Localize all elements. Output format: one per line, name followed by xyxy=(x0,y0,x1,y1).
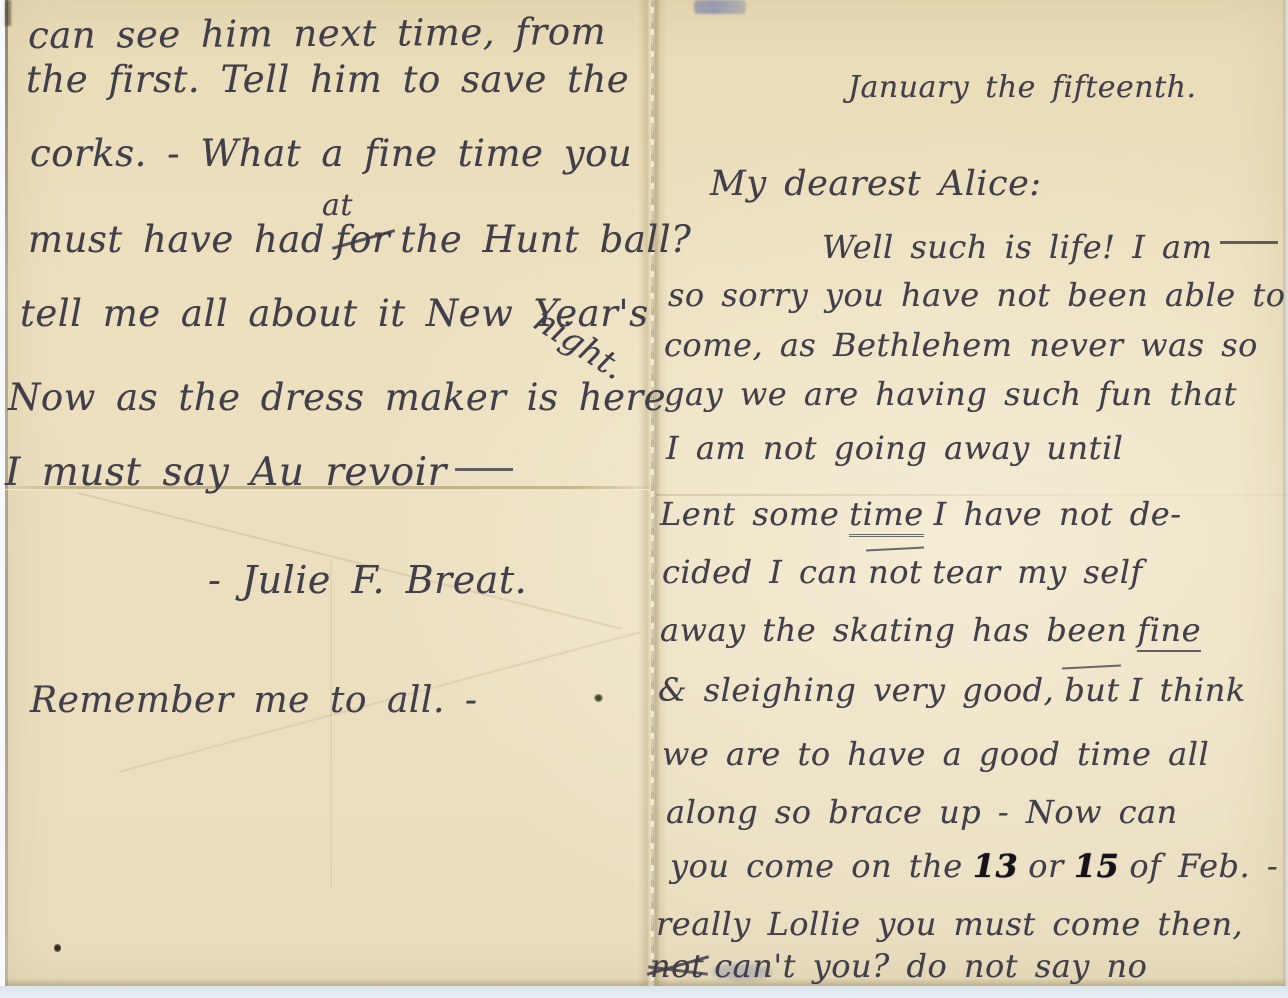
left-line-4: must have hadforthe Hunt ball? xyxy=(28,218,691,261)
left-line-9: Remember me to all. - xyxy=(30,680,478,721)
right-line-13: along so brace up - Now can xyxy=(666,793,1178,831)
deckle-edge xyxy=(651,0,654,986)
right-line-9-prefix: cided I can xyxy=(662,553,858,591)
right-line-14: you come on the13or15of Feb. - xyxy=(670,847,1278,885)
salutation-line: My dearest Alice: xyxy=(710,164,1042,204)
scan-bed-bottom-strip xyxy=(0,986,1288,998)
right-line-10: away the skating has beenfine xyxy=(660,611,1201,652)
date-number-15: 15 xyxy=(1074,847,1120,885)
letter-scan: can see him next time, from the first. T… xyxy=(0,0,1288,998)
left-line-2: the first. Tell him to save the xyxy=(26,58,629,101)
date-line: January the fifteenth. xyxy=(848,70,1197,105)
paper-edge-notch xyxy=(5,0,11,26)
right-line-14-prefix: you come on the xyxy=(670,847,963,885)
left-line-3: corks. - What a fine time you xyxy=(30,132,632,175)
right-line-6: gay we are having such fun that xyxy=(664,375,1237,413)
right-line-10-prefix: away the skating has been xyxy=(660,611,1127,649)
right-line-14-suffix: of Feb. - xyxy=(1129,847,1278,885)
right-line-9-suffix: tear my self xyxy=(932,553,1142,591)
blue-smudge-top xyxy=(694,0,746,14)
right-line-4: so sorry you have not been able to xyxy=(668,276,1285,314)
right-line-14-mid: or xyxy=(1028,847,1064,885)
right-line-11-suffix: I think xyxy=(1130,671,1246,709)
inserted-word-at: at xyxy=(322,188,353,223)
overlined-word-not: not xyxy=(868,553,922,591)
crossed-out-word-for: for xyxy=(335,218,390,261)
left-line-6: Now as the dress maker is here xyxy=(8,376,666,419)
right-line-9: cided I cannottear my self xyxy=(662,553,1143,591)
paper-right-edge xyxy=(1283,0,1288,986)
signature-line: - Julie F. Breat. xyxy=(208,558,527,602)
underlined-word-fine: fine xyxy=(1137,611,1201,652)
left-line-4-suffix: the Hunt ball? xyxy=(400,218,691,261)
right-line-5: come, as Bethlehem never was so xyxy=(664,326,1258,364)
right-line-8-prefix: Lent some xyxy=(660,495,839,533)
right-line-8-suffix: I have not de- xyxy=(934,495,1182,533)
underlined-word-time: time xyxy=(849,495,923,537)
right-line-7: I am not going away until xyxy=(666,429,1123,467)
left-line-7: I must say Au revoir xyxy=(5,450,513,495)
olive-ink-spot xyxy=(594,694,603,702)
right-line-3: Well such is life! I am xyxy=(822,228,1278,266)
crossed-out-word-not: not xyxy=(650,947,704,985)
right-line-12: we are to have a good time all xyxy=(662,735,1209,773)
left-line-4-prefix: must have had xyxy=(28,218,325,261)
right-line-16: notcan't you? do not say no xyxy=(650,947,1147,985)
overlined-word-but: but xyxy=(1064,671,1119,709)
date-number-13: 13 xyxy=(973,847,1019,885)
right-line-11: & sleighing very good,butI think xyxy=(658,671,1246,709)
right-line-8: Lent sometimeI have not de- xyxy=(660,495,1182,537)
right-line-16-suffix: can't you? do not say no xyxy=(714,947,1147,985)
left-line-1: can see him next time, from xyxy=(28,10,606,57)
right-line-11-prefix: & sleighing very good, xyxy=(658,671,1054,709)
right-line-15: really Lollie you must come then, xyxy=(656,905,1243,943)
ink-speck xyxy=(54,944,61,952)
